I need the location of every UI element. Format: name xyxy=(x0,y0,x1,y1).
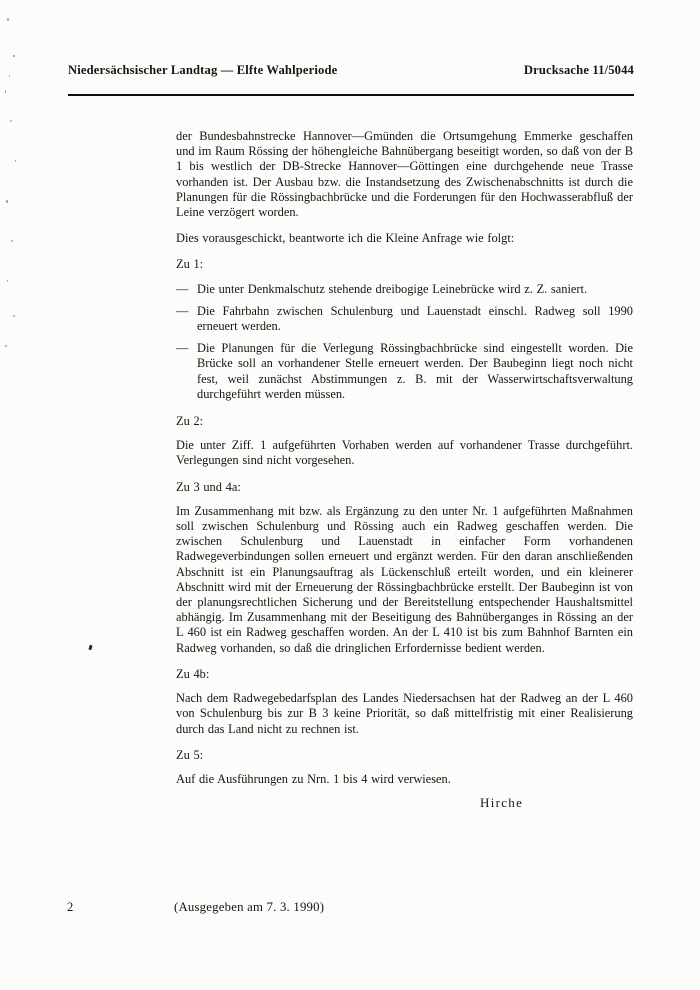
list-item: — Die Planungen für die Verlegung Rössin… xyxy=(176,341,633,402)
header-document-number: Drucksache 11/5044 xyxy=(524,63,634,78)
bullet-list: — Die unter Denkmalschutz stehende dreib… xyxy=(176,282,633,402)
list-item-text: Die Planungen für die Verlegung Rössingb… xyxy=(197,341,633,402)
scan-artifact xyxy=(9,75,10,77)
section-heading: Zu 3 und 4a: xyxy=(176,480,633,495)
header-rule xyxy=(68,94,634,96)
section-zu-1: Zu 1: — Die unter Denkmalschutz stehende… xyxy=(176,257,633,402)
section-heading: Zu 5: xyxy=(176,748,633,763)
section-paragraph: Auf die Ausführungen zu Nrn. 1 bis 4 wir… xyxy=(176,772,633,787)
lead-in-line: Dies vorausgeschickt, beantworte ich die… xyxy=(176,231,633,246)
dash-bullet-marker: — xyxy=(176,341,197,402)
section-zu-5: Zu 5: Auf die Ausführungen zu Nrn. 1 bis… xyxy=(176,748,633,787)
document-body: der Bundesbahnstrecke Hannover—Gmünden d… xyxy=(176,129,633,798)
dash-bullet-marker: — xyxy=(176,304,197,334)
section-zu-3-und-4a: Zu 3 und 4a: Im Zusammenhang mit bzw. al… xyxy=(176,480,633,656)
page-number: 2 xyxy=(67,900,73,915)
scan-artifact xyxy=(11,240,13,242)
scan-artifact xyxy=(7,18,9,21)
page-header: Niedersächsischer Landtag — Elfte Wahlpe… xyxy=(68,63,634,78)
header-parliament-title: Niedersächsischer Landtag — Elfte Wahlpe… xyxy=(68,63,337,78)
signature-name: Hirche xyxy=(480,795,523,811)
scan-artifact xyxy=(5,345,7,347)
scan-artifact xyxy=(7,280,8,282)
issued-date-note: (Ausgegeben am 7. 3. 1990) xyxy=(174,900,324,915)
scan-artifact xyxy=(6,200,8,203)
scan-artifact xyxy=(5,90,6,93)
scan-artifact xyxy=(13,55,15,57)
list-item: — Die Fahrbahn zwischen Schulenburg und … xyxy=(176,304,633,334)
section-heading: Zu 1: xyxy=(176,257,633,272)
section-paragraph: Im Zusammenhang mit bzw. als Ergänzung z… xyxy=(176,504,633,656)
scan-artifact xyxy=(15,160,16,162)
section-paragraph: Nach dem Radwegebedarfsplan des Landes N… xyxy=(176,691,633,737)
document-page: Niedersächsischer Landtag — Elfte Wahlpe… xyxy=(0,0,700,990)
section-paragraph: Die unter Ziff. 1 aufgeführten Vorhaben … xyxy=(176,438,633,468)
list-item-text: Die Fahrbahn zwischen Schulenburg und La… xyxy=(197,304,633,334)
list-item-text: Die unter Denkmalschutz stehende dreibog… xyxy=(197,282,633,297)
intro-paragraph: der Bundesbahnstrecke Hannover—Gmünden d… xyxy=(176,129,633,220)
scan-artifact xyxy=(88,645,92,651)
section-heading: Zu 4b: xyxy=(176,667,633,682)
scan-artifact xyxy=(13,315,15,317)
section-zu-2: Zu 2: Die unter Ziff. 1 aufgeführten Vor… xyxy=(176,414,633,469)
scan-artifact xyxy=(10,120,12,122)
section-heading: Zu 2: xyxy=(176,414,633,429)
section-zu-4b: Zu 4b: Nach dem Radwegebedarfsplan des L… xyxy=(176,667,633,737)
dash-bullet-marker: — xyxy=(176,282,197,297)
list-item: — Die unter Denkmalschutz stehende dreib… xyxy=(176,282,633,297)
